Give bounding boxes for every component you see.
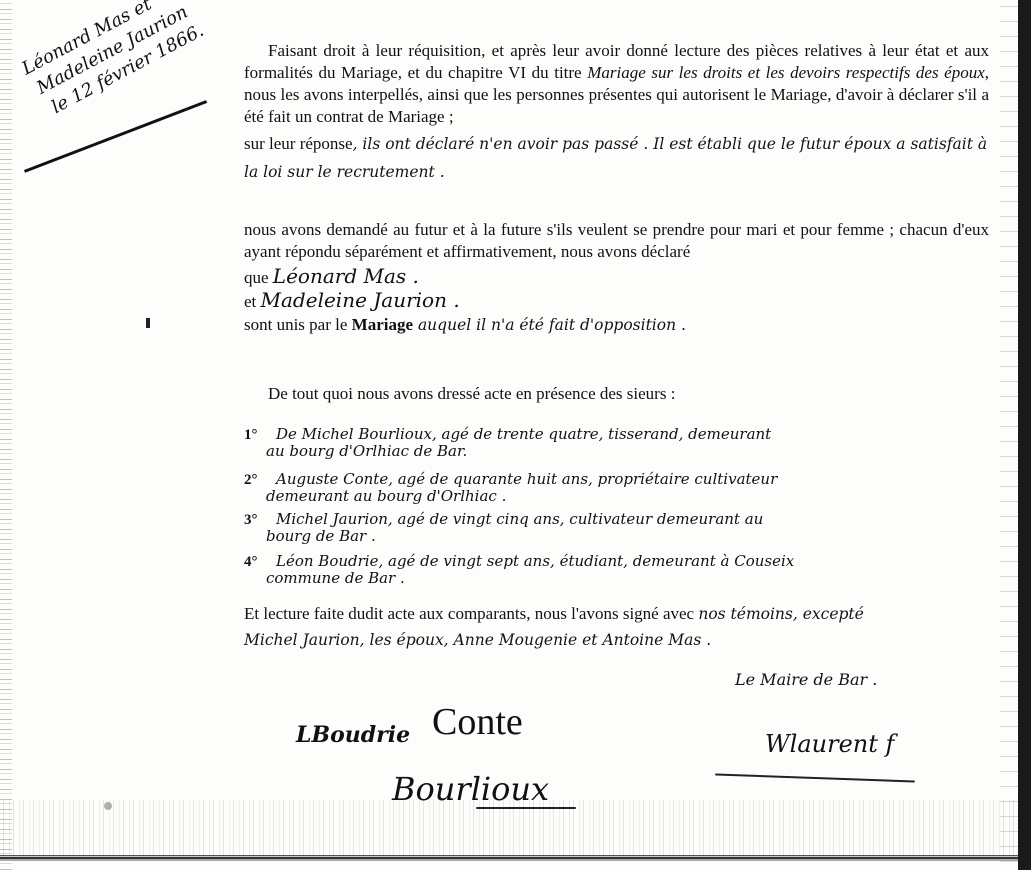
closing-handwritten-2: Michel Jaurion, les époux, Anne Mougenie… <box>244 627 989 653</box>
groom-line: que Léonard Mas . <box>244 265 989 289</box>
bride-name: Madeleine Jaurion . <box>261 288 460 312</box>
ink-mark <box>146 318 150 328</box>
witness-number: 4° <box>244 553 258 571</box>
witness-number: 2° <box>244 471 258 489</box>
closing-printed: Et lecture faite dudit acte aux comparan… <box>244 604 698 623</box>
p3-printed: De tout quoi nous avons dressé acte en p… <box>268 384 675 403</box>
page-right-binding-edge <box>1018 0 1031 870</box>
signature-mayor: Wlaurent f <box>765 730 894 758</box>
mariage-bold: Mariage <box>352 315 413 334</box>
witness-line-2: bourg de Bar . <box>266 528 1004 545</box>
witness-line-2: demeurant au bourg d'Orlhiac . <box>266 488 1004 505</box>
united-line: sont unis par le Mariage auquel il n'a é… <box>244 313 989 337</box>
p1-response-label: sur leur réponse <box>244 134 353 153</box>
margin-annotation: Léonard Mas et Madeleine Jaurion le 12 f… <box>18 0 246 124</box>
p1-chapter-title: Mariage sur les droits et les devoirs re… <box>587 63 985 82</box>
page-bottom-rule <box>0 855 1018 861</box>
groom-name: Léonard Mas . <box>273 264 419 288</box>
witness-line-1: Michel Jaurion, agé de vingt cinq ans, c… <box>276 511 1004 528</box>
signature-boudrie: LBoudrie <box>296 722 410 748</box>
paragraph-witnesses-intro: De tout quoi nous avons dressé acte en p… <box>268 383 1013 405</box>
p1-handwritten-response: , ils ont déclaré n'en avoir pas passé .… <box>244 135 987 181</box>
bourlioux-flourish <box>476 807 576 809</box>
bride-line: et Madeleine Jaurion . <box>244 289 989 313</box>
witness-line-2: au bourg d'Orlhiac de Bar. <box>266 443 1004 460</box>
signature-conte: Conte <box>432 700 523 744</box>
paragraph-consent: nous avons demandé au futur et à la futu… <box>244 219 989 263</box>
witness-2: 2° Auguste Conte, agé de quarante huit a… <box>244 471 1004 505</box>
mayor-title: Le Maire de Bar . <box>735 670 877 689</box>
witness-line-1: Auguste Conte, agé de quarante huit ans,… <box>276 471 1004 488</box>
paragraph-requisition: Faisant droit à leur réquisition, et apr… <box>244 40 989 128</box>
witness-number: 1° <box>244 426 258 444</box>
closing-handwritten-1: nos témoins, excepté <box>698 605 863 623</box>
signature-bourlioux: Bourlioux <box>392 770 549 808</box>
ink-smudge <box>104 802 112 810</box>
witness-line-1: Léon Boudrie, agé de vingt sept ans, étu… <box>276 553 1004 570</box>
paragraph-response: sur leur réponse, ils ont déclaré n'en a… <box>244 130 989 186</box>
mayor-flourish <box>715 774 915 783</box>
witness-line-1: De Michel Bourlioux, agé de trente quatr… <box>276 426 1004 443</box>
et-label: et <box>244 292 256 311</box>
que-label: que <box>244 268 269 287</box>
witness-number: 3° <box>244 511 258 529</box>
scanned-document-page: Léonard Mas et Madeleine Jaurion le 12 f… <box>0 0 1031 870</box>
opposition-note: auquel il n'a été fait d'opposition . <box>413 316 686 334</box>
witness-1: 1° De Michel Bourlioux, agé de trente qu… <box>244 426 1004 460</box>
paragraph-declaration: que Léonard Mas . et Madeleine Jaurion .… <box>244 265 989 337</box>
witness-3: 3° Michel Jaurion, agé de vingt cinq ans… <box>244 511 1004 545</box>
witness-4: 4° Léon Boudrie, agé de vingt sept ans, … <box>244 553 1004 587</box>
closing-line-1: Et lecture faite dudit acte aux comparan… <box>244 601 989 627</box>
p2-printed: nous avons demandé au futur et à la futu… <box>244 220 989 261</box>
paragraph-closing: Et lecture faite dudit acte aux comparan… <box>244 601 989 653</box>
page-left-edge-noise <box>0 0 12 870</box>
unis-label: sont unis par le <box>244 315 352 334</box>
witness-line-2: commune de Bar . <box>266 570 1004 587</box>
